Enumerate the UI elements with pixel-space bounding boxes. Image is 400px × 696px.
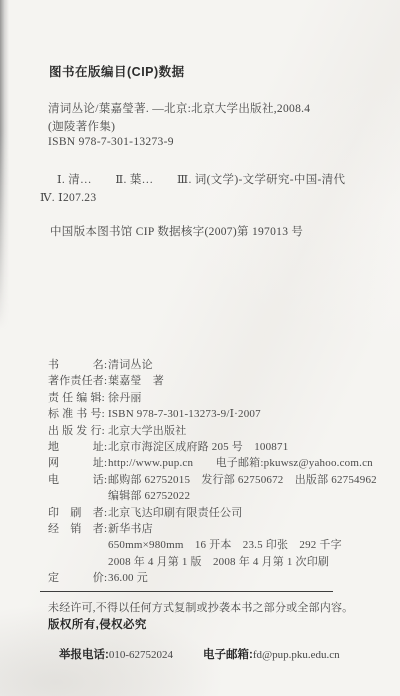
cip-classification-line-1: Ⅰ. 清… Ⅱ. 葉… Ⅲ. 词(文学)-文学研究-中国-清代 [57,171,345,187]
row-phone: 电 话: 邮购部 62752015 发行部 62750672 出版部 62754… [48,472,383,488]
notice-report-line: 举报电话:010-62752024电子邮箱:fd@pup.pku.edu.cn [48,634,340,674]
row-label: 定 价: [48,570,108,586]
row-value: 北京飞达印刷有限责任公司 [108,505,242,521]
row-label [48,488,108,504]
row-value: 编辑部 62752022 [108,488,190,504]
row-label: 电 话: [48,472,108,488]
report-email-value: fd@pup.pku.edu.cn [253,649,340,661]
row-edition: 2008 年 4 月第 1 版 2008 年 4 月第 1 次印刷 [48,554,383,570]
row-author: 著作责任者: 葉嘉瑩 著 [48,373,383,389]
row-value: 北京市海淀区成府路 205 号 100871 [108,439,288,455]
row-label: 著作责任者: [48,373,108,389]
row-value: 清词丛论 [108,357,153,373]
row-value: 650mm×980mm 16 开本 23.5 印张 292 千字 [108,537,342,553]
row-label [48,537,108,553]
row-value: 邮购部 62752015 发行部 62750672 出版部 62754962 [108,472,377,488]
row-address: 地 址: 北京市海淀区成府路 205 号 100871 [48,439,383,455]
row-value: 葉嘉瑩 著 [108,373,164,389]
report-email-label: 电子邮箱: [203,649,253,661]
row-label: 地 址: [48,439,108,455]
scan-edge-shadow [0,0,9,330]
report-phone-label: 举报电话: [59,649,109,661]
row-value: 2008 年 4 月第 1 版 2008 年 4 月第 1 次印刷 [108,554,329,570]
row-printer: 印 刷 者: 北京飞达印刷有限责任公司 [48,505,383,521]
row-label: 标 准 书 号: [48,406,108,422]
row-label: 出 版 发 行: [48,423,108,439]
row-publisher: 出 版 发 行: 北京大学出版社 [48,423,383,439]
notice-copy-restriction: 未经许可,不得以任何方式复制或抄袭本书之部分或全部内容。 [48,599,353,615]
row-label: 网 址: [48,455,108,471]
row-value: 新华书店 [108,521,153,537]
row-value: 徐丹丽 [108,390,142,406]
cip-isbn-line: ISBN 978-7-301-13273-9 [48,136,174,148]
row-price: 定 价: 36.00 元 [48,570,383,586]
cip-registry-line: 中国版本图书馆 CIP 数据核字(2007)第 197013 号 [50,223,303,239]
row-label: 书 名: [48,357,108,373]
row-label: 印 刷 者: [48,505,108,521]
row-value: http://www.pup.cn 电子邮箱:pkuwsz@yahoo.com.… [108,455,373,471]
row-label: 经 销 者: [48,521,108,537]
row-format: 650mm×980mm 16 开本 23.5 印张 292 千字 [48,537,383,553]
row-isbn: 标 准 书 号: ISBN 978-7-301-13273-9/Ⅰ·2007 [48,406,383,422]
cip-title-line: 清词丛论/葉嘉瑩著. —北京:北京大学出版社,2008.4 [48,100,310,116]
row-label [48,554,108,570]
cip-classification-line-2: Ⅳ. Ⅰ207.23 [40,190,96,204]
row-value: ISBN 978-7-301-13273-9/Ⅰ·2007 [108,406,261,422]
row-editor: 责 任 编 辑: 徐丹丽 [48,390,383,406]
row-book-title: 书 名: 清词丛论 [48,357,383,373]
row-phone-continued: 编辑部 62752022 [48,488,383,504]
report-phone-value: 010-62752024 [109,649,173,661]
divider-rule [40,591,333,592]
row-value: 北京大学出版社 [108,423,186,439]
row-value: 36.00 元 [108,570,148,586]
cip-heading: 图书在版编目(CIP)数据 [49,62,185,80]
book-copyright-page: 图书在版编目(CIP)数据 清词丛论/葉嘉瑩著. —北京:北京大学出版社,200… [0,0,400,696]
colophon-block: 书 名: 清词丛论 著作责任者: 葉嘉瑩 著 责 任 编 辑: 徐丹丽 标 准 … [48,357,383,586]
row-distributor: 经 销 者: 新华书店 [48,521,383,537]
notice-copyright: 版权所有,侵权必究 [48,616,147,632]
row-label: 责 任 编 辑: [48,390,108,406]
row-website: 网 址: http://www.pup.cn 电子邮箱:pkuwsz@yahoo… [48,455,383,471]
cip-series-line: (迦陵著作集) [48,118,115,134]
